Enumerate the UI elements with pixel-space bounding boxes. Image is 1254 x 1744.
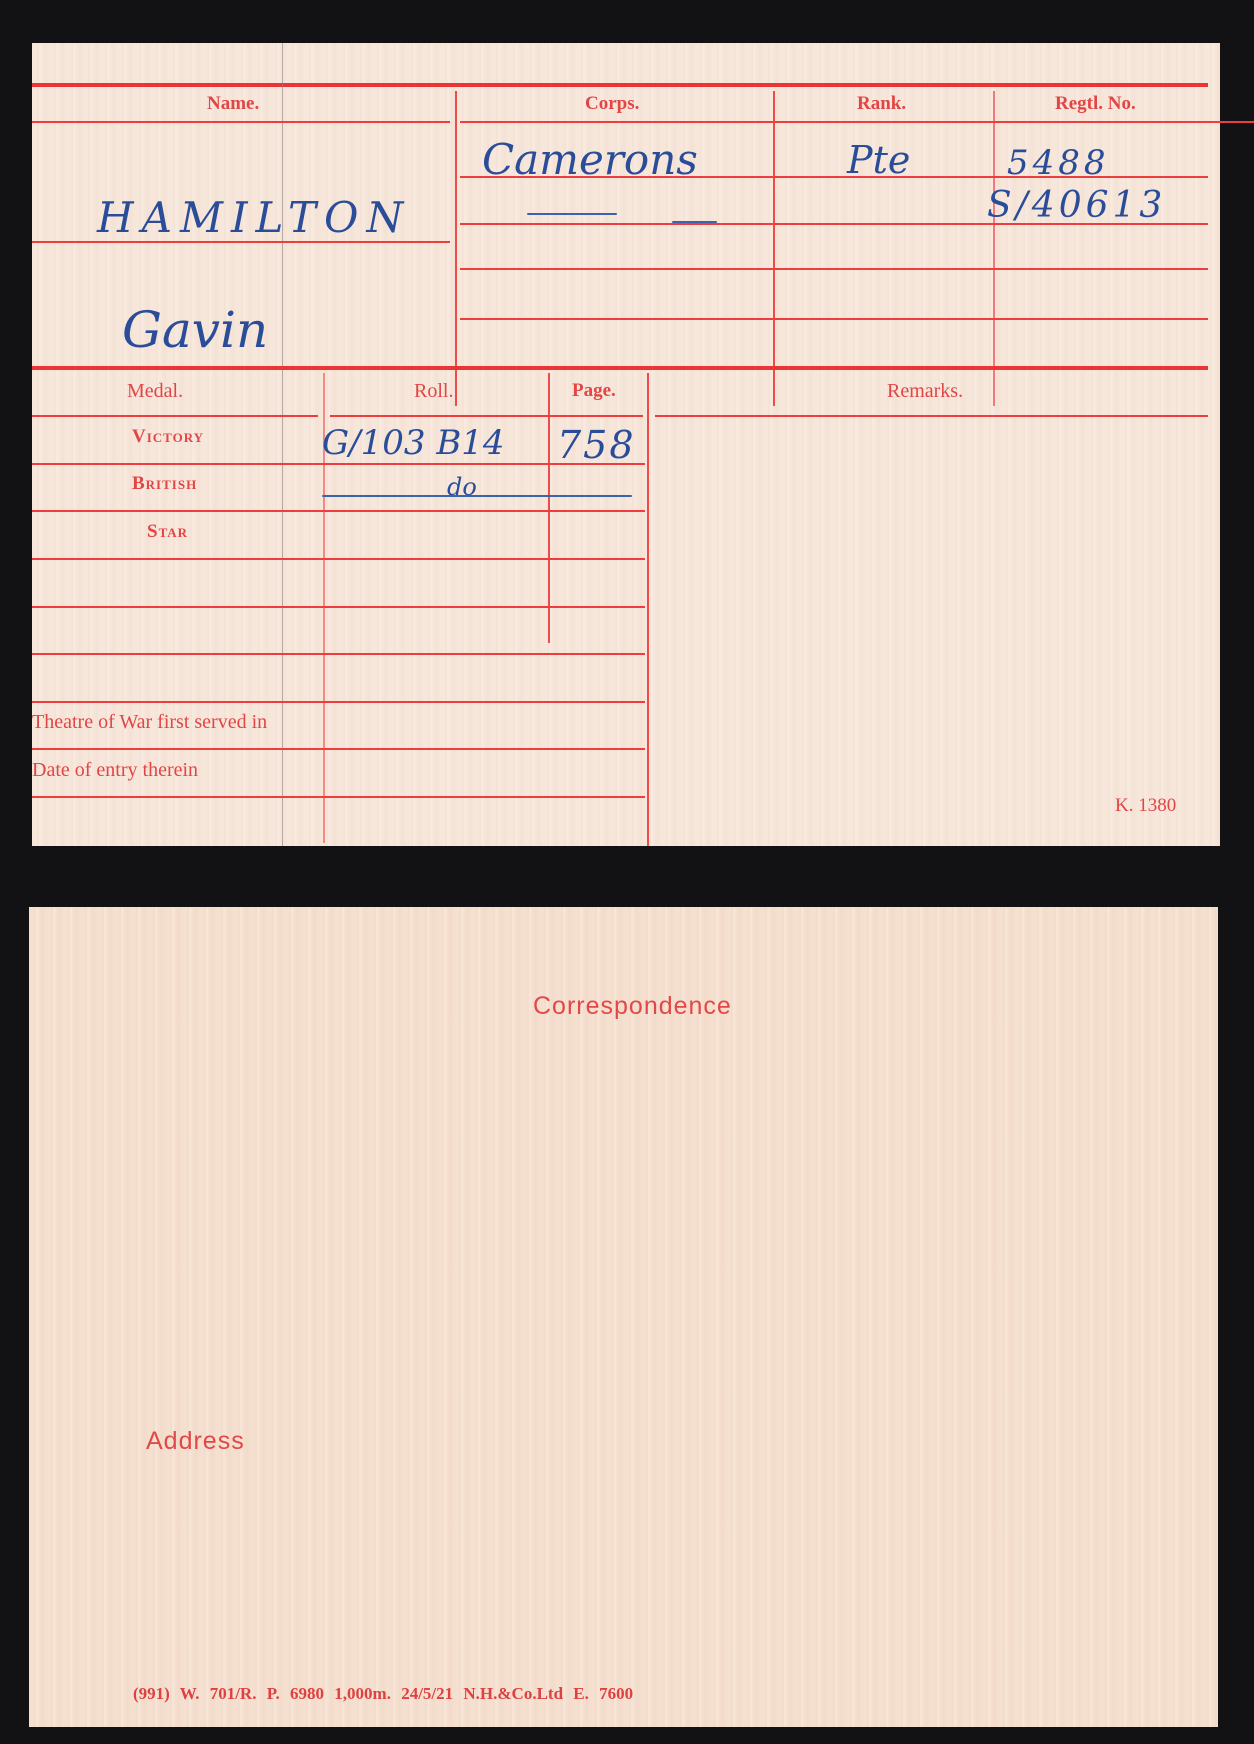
divider-rank-regtl	[993, 91, 995, 406]
medal-victory: Victory	[132, 426, 204, 448]
corps-value: Camerons	[482, 135, 698, 184]
header-remarks: Remarks.	[887, 380, 963, 403]
header-roll: Roll.	[414, 380, 453, 403]
section-rule	[32, 366, 1208, 370]
print-line: (991) W. 701/R. P. 6980 1,000m. 24/5/21 …	[133, 1684, 633, 1704]
top-rule	[32, 83, 1208, 87]
regtl-no-2: S/40613	[987, 185, 1166, 226]
rule	[32, 701, 645, 703]
regtl-no-1: 5488	[1007, 143, 1110, 183]
rule	[32, 606, 645, 608]
header-medal: Medal.	[127, 380, 183, 403]
address-label: Address	[146, 1427, 245, 1456]
victory-page: 758	[557, 423, 636, 467]
rule	[32, 463, 645, 465]
british-ditto-line	[322, 495, 632, 497]
rule	[460, 318, 1208, 320]
forename: Gavin	[122, 301, 268, 359]
rule	[460, 121, 1254, 123]
rule	[32, 415, 318, 417]
medal-index-card-back: Correspondence Address (991) W. 701/R. P…	[29, 907, 1218, 1727]
rule	[32, 121, 450, 123]
corps-ditto-mark	[527, 213, 617, 215]
rule	[655, 415, 1208, 417]
rule	[460, 268, 1208, 270]
header-rank: Rank.	[857, 93, 906, 115]
divider-corps-rank	[773, 91, 775, 406]
header-name: Name.	[207, 93, 259, 115]
divider-name-corps	[455, 91, 457, 406]
header-page: Page.	[572, 380, 616, 402]
rule	[32, 558, 645, 560]
rank-value: Pte	[847, 138, 910, 182]
divider-page-remarks	[647, 373, 649, 846]
medal-british: British	[132, 473, 197, 495]
rule	[32, 653, 645, 655]
header-regtl-no: Regtl. No.	[1055, 93, 1136, 115]
british-roll: do	[447, 473, 477, 501]
rule	[330, 415, 643, 417]
divider-roll-page	[548, 373, 550, 643]
header-corps: Corps.	[585, 93, 639, 115]
form-number: K. 1380	[1115, 795, 1176, 817]
rule	[32, 748, 645, 750]
fold-line	[282, 43, 283, 846]
medal-star: Star	[147, 521, 188, 543]
surname: HAMILTON	[97, 193, 411, 242]
rule	[32, 510, 645, 512]
medal-index-card-front: Name. Corps. Rank. Regtl. No. HAMILTON G…	[32, 43, 1220, 846]
theatre-of-war-label: Theatre of War first served in	[32, 711, 267, 734]
correspondence-label: Correspondence	[533, 992, 732, 1021]
rule	[32, 796, 645, 798]
date-of-entry-label: Date of entry therein	[32, 759, 198, 782]
victory-roll: G/103 B14	[322, 423, 505, 463]
corps-ditto-mark	[672, 221, 717, 223]
